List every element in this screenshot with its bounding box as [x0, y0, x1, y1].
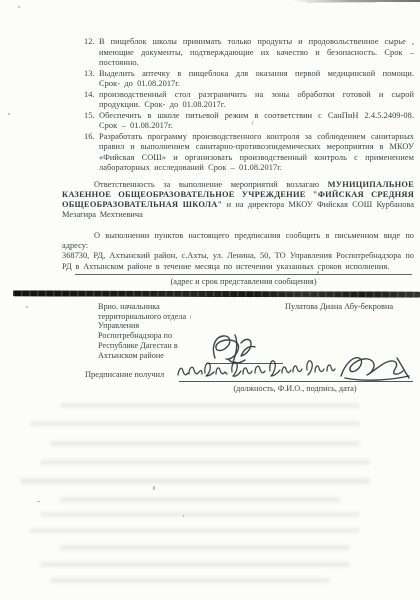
official-title-line: территориального отдела [98, 312, 210, 322]
item-text: Разработать программу производственного … [99, 132, 414, 174]
received-label: Предписание получил [85, 370, 164, 379]
list-item-13: 13. Выделить аптечку в пищеблока для ока… [84, 69, 414, 90]
report-notice-intro: О выполнении пунктов настоящего предписа… [62, 231, 414, 251]
official-title-line: Управления [98, 321, 210, 331]
scan-speck [183, 515, 184, 517]
scan-speck [317, 271, 319, 274]
bleed-through-artifact [30, 528, 360, 533]
bleed-through-artifact [50, 441, 360, 446]
item-text: производственный стол разграничить на зо… [99, 90, 414, 111]
bleed-through-artifact [50, 578, 330, 583]
item-text: Выделить аптечку в пищеблока для оказани… [99, 69, 414, 90]
responsibility-paragraph: Ответственность за выполнение мероприяти… [62, 180, 414, 221]
scanned-document-page: 12. В пищеблок школы принимать только пр… [0, 0, 420, 600]
recipient-signature [335, 352, 413, 384]
bleed-through-artifact [60, 497, 340, 502]
bleed-through-artifact [60, 545, 350, 550]
scan-speck [26, 306, 28, 308]
item-number: 12. [84, 37, 99, 69]
document-body: 12. В пищеблок школы принимать только пр… [0, 37, 420, 272]
official-name: Пулатова Диана Абу-бекровна [285, 302, 393, 311]
item-text: Обеспечить в школе питьевой режим в соот… [99, 111, 414, 132]
official-title-line: Роспотребнадзора по [98, 331, 210, 341]
recipient-signature-line [179, 381, 413, 382]
handwritten-position-entry [175, 356, 337, 383]
list-item-15: 15. Обеспечить в школе питьевой режим в … [84, 111, 414, 132]
scan-redaction-band [13, 290, 420, 297]
address-caption-rule [75, 274, 412, 275]
item-number: 15. [84, 111, 99, 132]
scan-speck [8, 113, 10, 115]
scan-edge-artifact-soft [306, 2, 376, 3]
list-item-14: 14. производственный стол разграничить н… [84, 90, 414, 111]
responsibility-lead: Ответственность за выполнение мероприяти… [94, 180, 328, 189]
scan-speck [18, 6, 20, 8]
bleed-through-artifact [40, 512, 360, 517]
bleed-through-artifact [20, 478, 370, 484]
item-text: В пищеблок школы принимать только продук… [99, 37, 414, 69]
official-title-line: Врио. начальника [98, 302, 210, 312]
report-notice-address: 368730, РД, Ахтынский район, с.Ахты, ул.… [62, 251, 414, 271]
address-caption: (адрес и срок представления сообщения) [75, 277, 412, 286]
bleed-through-artifact [30, 421, 360, 426]
bleed-through-artifact [40, 460, 370, 465]
scan-speck [37, 501, 40, 502]
list-item-12: 12. В пищеблок школы принимать только пр… [84, 37, 414, 69]
official-title-block: Врио. начальника территориального отдела… [98, 302, 210, 360]
signature-caption: (должность, Ф.И.О., подпись, дата) [185, 384, 405, 393]
bleed-through-artifact [60, 403, 360, 408]
item-number: 16. [84, 132, 99, 174]
item-number: 14. [84, 90, 99, 111]
item-number: 13. [84, 69, 99, 90]
bleed-through-artifact [40, 562, 350, 567]
list-item-16: 16. Разработать программу производственн… [84, 132, 414, 174]
official-title-line: Республике Дагестан в [98, 341, 210, 351]
scan-speck [153, 486, 156, 490]
